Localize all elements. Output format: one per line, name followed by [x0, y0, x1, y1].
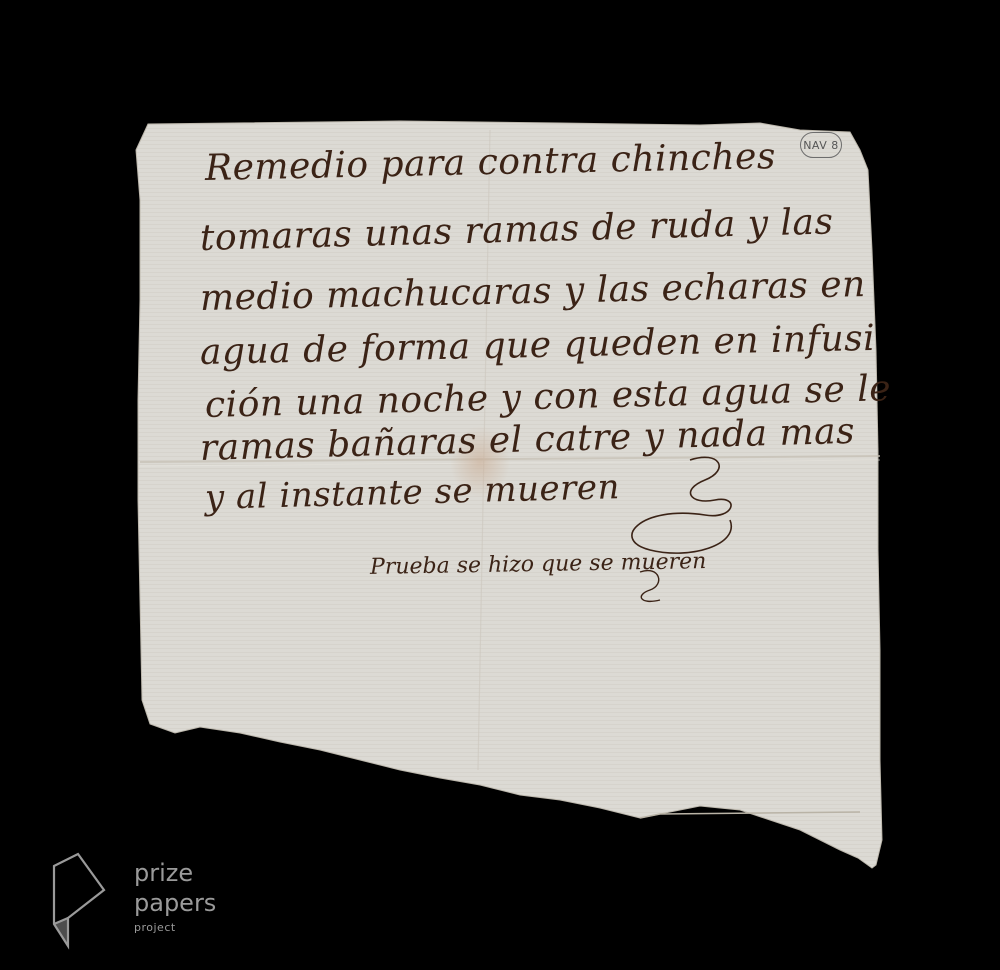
logo-word-project: project	[134, 920, 216, 936]
logo-text: prize papers project	[134, 858, 216, 936]
folded-paper-logo-icon	[50, 852, 110, 952]
logo-word-papers: papers	[134, 888, 216, 918]
document-viewer: NAV 8 Remedio para contra chinches tomar…	[0, 0, 1000, 970]
logo-word-prize: prize	[134, 858, 216, 888]
prize-papers-logo: prize papers project	[50, 852, 220, 952]
archive-stamp: NAV 8	[800, 132, 842, 158]
